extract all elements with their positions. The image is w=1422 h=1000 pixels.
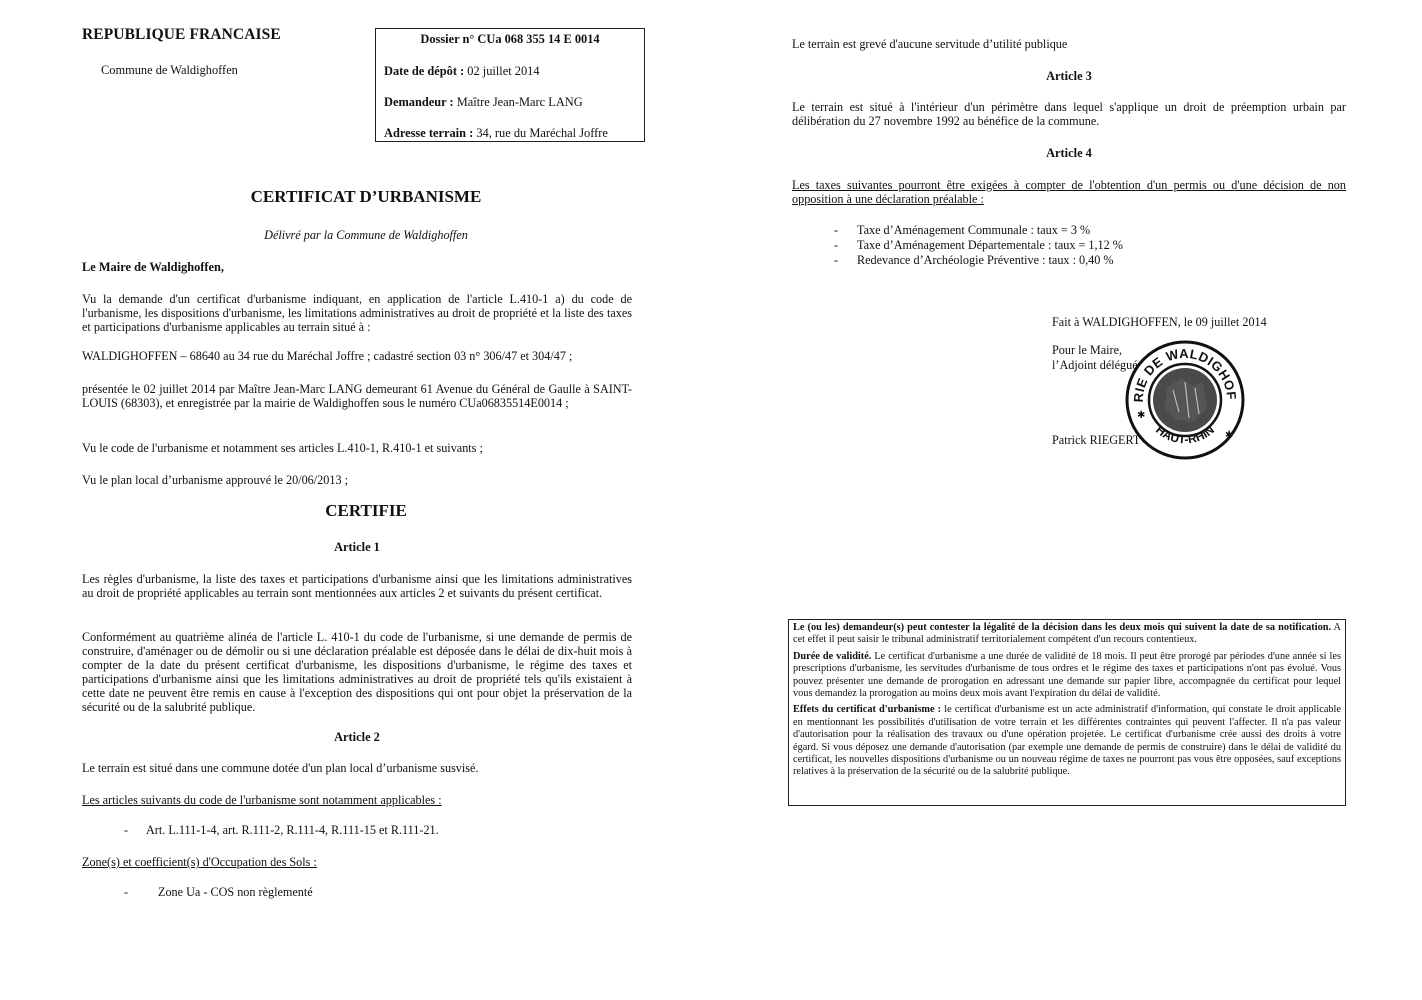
article-1-heading: Article 1 bbox=[82, 540, 632, 554]
tax-label: Taxe d’Aménagement Départementale : taux… bbox=[857, 238, 1123, 253]
article-1-paragraph: Les règles d'urbanisme, la liste des tax… bbox=[82, 572, 632, 600]
applicable-articles-label: Les articles suivants du code de l'urban… bbox=[82, 793, 632, 807]
article-3-text: Le terrain est situé à l'intérieur d'un … bbox=[792, 100, 1346, 128]
zone-item: Zone Ua - COS non règlementé bbox=[158, 885, 313, 899]
land-address-label: Adresse terrain : bbox=[384, 126, 473, 140]
notice-effects: Effets du certificat d'urbanisme : le ce… bbox=[793, 704, 1341, 778]
applicable-articles-item: Art. L.111-1-4, art. R.111-2, R.111-4, R… bbox=[146, 823, 439, 837]
tax-label: Taxe d’Aménagement Communale : taux = 3 … bbox=[857, 223, 1090, 238]
article-4-intro: Les taxes suivantes pourront être exigée… bbox=[792, 178, 1346, 206]
tax-list: -Taxe d’Aménagement Communale : taux = 3… bbox=[834, 223, 1123, 268]
bullet-dash: - bbox=[834, 238, 857, 253]
commune-name: Commune de Waldighoffen bbox=[101, 63, 238, 77]
notice-contest-bold: Le (ou les) demandeur(s) peut contester … bbox=[793, 622, 1331, 633]
notice-effects-bold: Effets du certificat d'urbanisme : bbox=[793, 704, 941, 715]
document-title: CERTIFICAT D’URBANISME bbox=[82, 190, 650, 204]
applicant: Demandeur : Maître Jean-Marc LANG bbox=[384, 95, 636, 109]
deposit-date-value: 02 juillet 2014 bbox=[464, 64, 539, 78]
preamble-code: Vu le code de l'urbanisme et notamment s… bbox=[82, 441, 632, 455]
republic-heading: REPUBLIQUE FRANCAISE bbox=[82, 28, 281, 42]
article-2-heading: Article 2 bbox=[82, 730, 632, 744]
deposit-date-label: Date de dépôt : bbox=[384, 64, 464, 78]
page-1: REPUBLIQUE FRANCAISE Commune de Waldigho… bbox=[0, 0, 711, 1000]
tax-item: -Redevance d’Archéologie Préventive : ta… bbox=[834, 253, 1123, 268]
bullet-dash: - bbox=[834, 253, 857, 268]
bullet-dash: - bbox=[834, 223, 857, 238]
servitude-text: Le terrain est grevé d'aucune servitude … bbox=[792, 37, 1346, 51]
land-address-value: 34, rue du Maréchal Joffre bbox=[473, 126, 608, 140]
dossier-number: Dossier n° CUa 068 355 14 E 0014 bbox=[384, 32, 636, 46]
place-date: Fait à WALDIGHOFFEN, le 09 juillet 2014 bbox=[1052, 315, 1267, 329]
article-3-heading: Article 3 bbox=[792, 69, 1346, 83]
notice-contest: Le (ou les) demandeur(s) peut contester … bbox=[793, 622, 1341, 647]
document-subtitle: Délivré par la Commune de Waldighoffen bbox=[82, 228, 650, 242]
preamble-presented: présentée le 02 juillet 2014 par Maître … bbox=[82, 382, 632, 410]
article-4-heading: Article 4 bbox=[792, 146, 1346, 160]
official-stamp-icon: MAIRIE DE WALDIGHOFFEN HAUT-RHIN ✱ ✱ bbox=[1123, 338, 1247, 462]
applicant-value: Maître Jean-Marc LANG bbox=[454, 95, 583, 109]
notice-validity: Durée de validité. Le certificat d'urban… bbox=[793, 651, 1341, 701]
preamble-request: Vu la demande d'un certificat d'urbanism… bbox=[82, 292, 632, 334]
article-2-intro: Le terrain est situé dans une commune do… bbox=[82, 761, 632, 775]
tax-label: Redevance d’Archéologie Préventive : tau… bbox=[857, 253, 1114, 268]
notice-validity-bold: Durée de validité. bbox=[793, 651, 871, 662]
svg-text:✱: ✱ bbox=[1137, 410, 1145, 421]
mayor-intro: Le Maire de Waldighoffen, bbox=[82, 260, 224, 274]
land-address: Adresse terrain : 34, rue du Maréchal Jo… bbox=[384, 126, 636, 140]
preamble-location: WALDIGHOFFEN – 68640 au 34 rue du Maréch… bbox=[82, 349, 632, 363]
zone-label: Zone(s) et coefficient(s) d'Occupation d… bbox=[82, 855, 632, 869]
deposit-date: Date de dépôt : 02 juillet 2014 bbox=[384, 64, 636, 78]
certifie-heading: CERTIFIE bbox=[82, 504, 650, 518]
dossier-info-box: Dossier n° CUa 068 355 14 E 0014 Date de… bbox=[375, 28, 645, 142]
tax-item: -Taxe d’Aménagement Départementale : tau… bbox=[834, 238, 1123, 253]
svg-text:✱: ✱ bbox=[1225, 430, 1233, 441]
tax-item: -Taxe d’Aménagement Communale : taux = 3… bbox=[834, 223, 1123, 238]
applicant-label: Demandeur : bbox=[384, 95, 454, 109]
legal-notice-box: Le (ou les) demandeur(s) peut contester … bbox=[788, 619, 1346, 806]
article-1-paragraph: Conformément au quatrième alinéa de l'ar… bbox=[82, 630, 632, 714]
notice-validity-text: Le certificat d'urbanisme a une durée de… bbox=[793, 651, 1341, 699]
signatory-name: Patrick RIEGERT bbox=[1052, 433, 1140, 447]
bullet-dash: - bbox=[124, 885, 128, 899]
page-2: Le terrain est grevé d'aucune servitude … bbox=[711, 0, 1422, 1000]
bullet-dash: - bbox=[124, 823, 128, 837]
preamble-plu: Vu le plan local d’urbanisme approuvé le… bbox=[82, 473, 632, 487]
